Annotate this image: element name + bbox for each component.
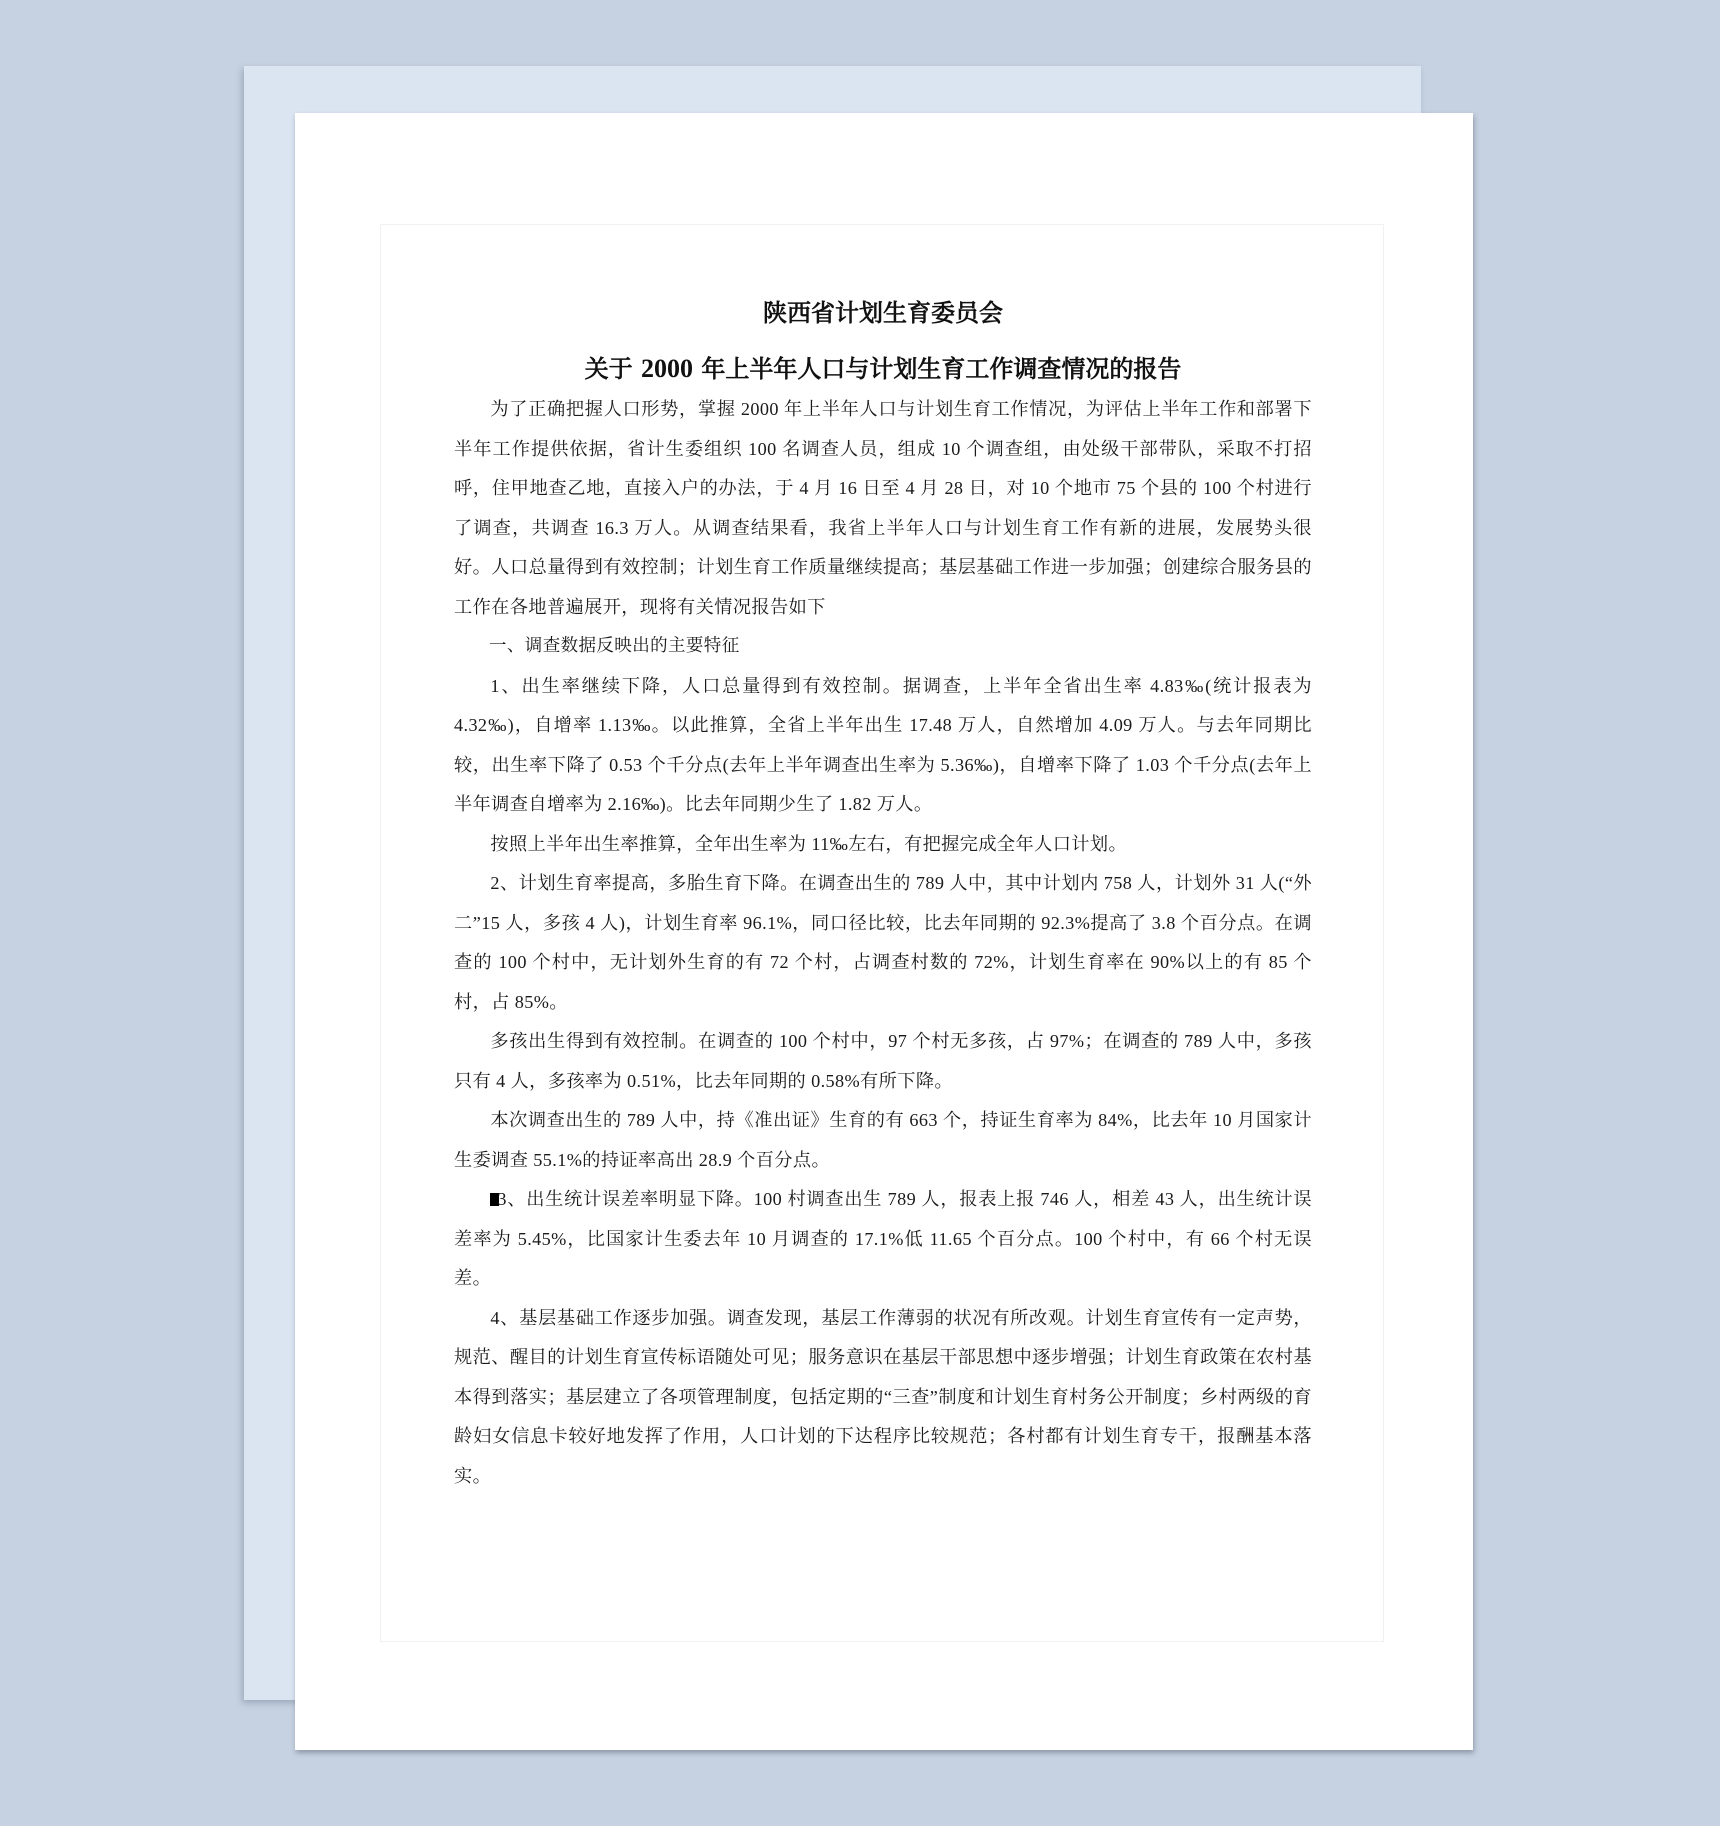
document-title: 陕西省计划生育委员会	[454, 298, 1312, 328]
document-subtitle: 关于 2000 年上半年人口与计划生育工作调查情况的报告	[454, 354, 1312, 384]
paragraph-planned-birth-rate: 2、计划生育率提高，多胎生育下降。在调查出生的 789 人中，其中计划内 758…	[454, 864, 1312, 1022]
paragraph-annual-projection: 按照上半年出生率推算，全年出生率为 11‰左右，有把握完成全年人口计划。	[454, 825, 1312, 865]
subtitle-prefix: 关于	[585, 355, 633, 383]
paragraph-intro: 为了正确把握人口形势，掌握 2000 年上半年人口与计划生育工作情况，为评估上半…	[454, 390, 1312, 627]
subtitle-suffix: 年上半年人口与计划生育工作调查情况的报告	[701, 355, 1181, 383]
paragraph-statistical-error-text: 3、出生统计误差率明显下降。100 村调查出生 789 人，报表上报 746 人…	[454, 1189, 1312, 1288]
paragraph-birth-rate: 1、出生率继续下降，人口总量得到有效控制。据调查，上半年全省出生率 4.83‰(…	[454, 667, 1312, 825]
document-body: 为了正确把握人口形势，掌握 2000 年上半年人口与计划生育工作情况，为评估上半…	[454, 390, 1312, 1496]
paragraph-multi-child: 多孩出生得到有效控制。在调查的 100 个村中，97 个村无多孩，占 97%；在…	[454, 1022, 1312, 1101]
document-page: 陕西省计划生育委员会 关于 2000 年上半年人口与计划生育工作调查情况的报告 …	[295, 113, 1473, 1750]
document-content: 陕西省计划生育委员会 关于 2000 年上半年人口与计划生育工作调查情况的报告 …	[454, 298, 1312, 1496]
paragraph-statistical-error: 3、出生统计误差率明显下降。100 村调查出生 789 人，报表上报 746 人…	[454, 1180, 1312, 1299]
paragraph-grassroots-work: 4、基层基础工作逐步加强。调查发现，基层工作薄弱的状况有所改观。计划生育宣传有一…	[454, 1299, 1312, 1497]
paragraph-birth-permit: 本次调查出生的 789 人中，持《准出证》生育的有 663 个，持证生育率为 8…	[454, 1101, 1312, 1180]
subtitle-year: 2000	[641, 354, 693, 383]
section-heading: 一、调查数据反映出的主要特征	[454, 627, 1312, 667]
